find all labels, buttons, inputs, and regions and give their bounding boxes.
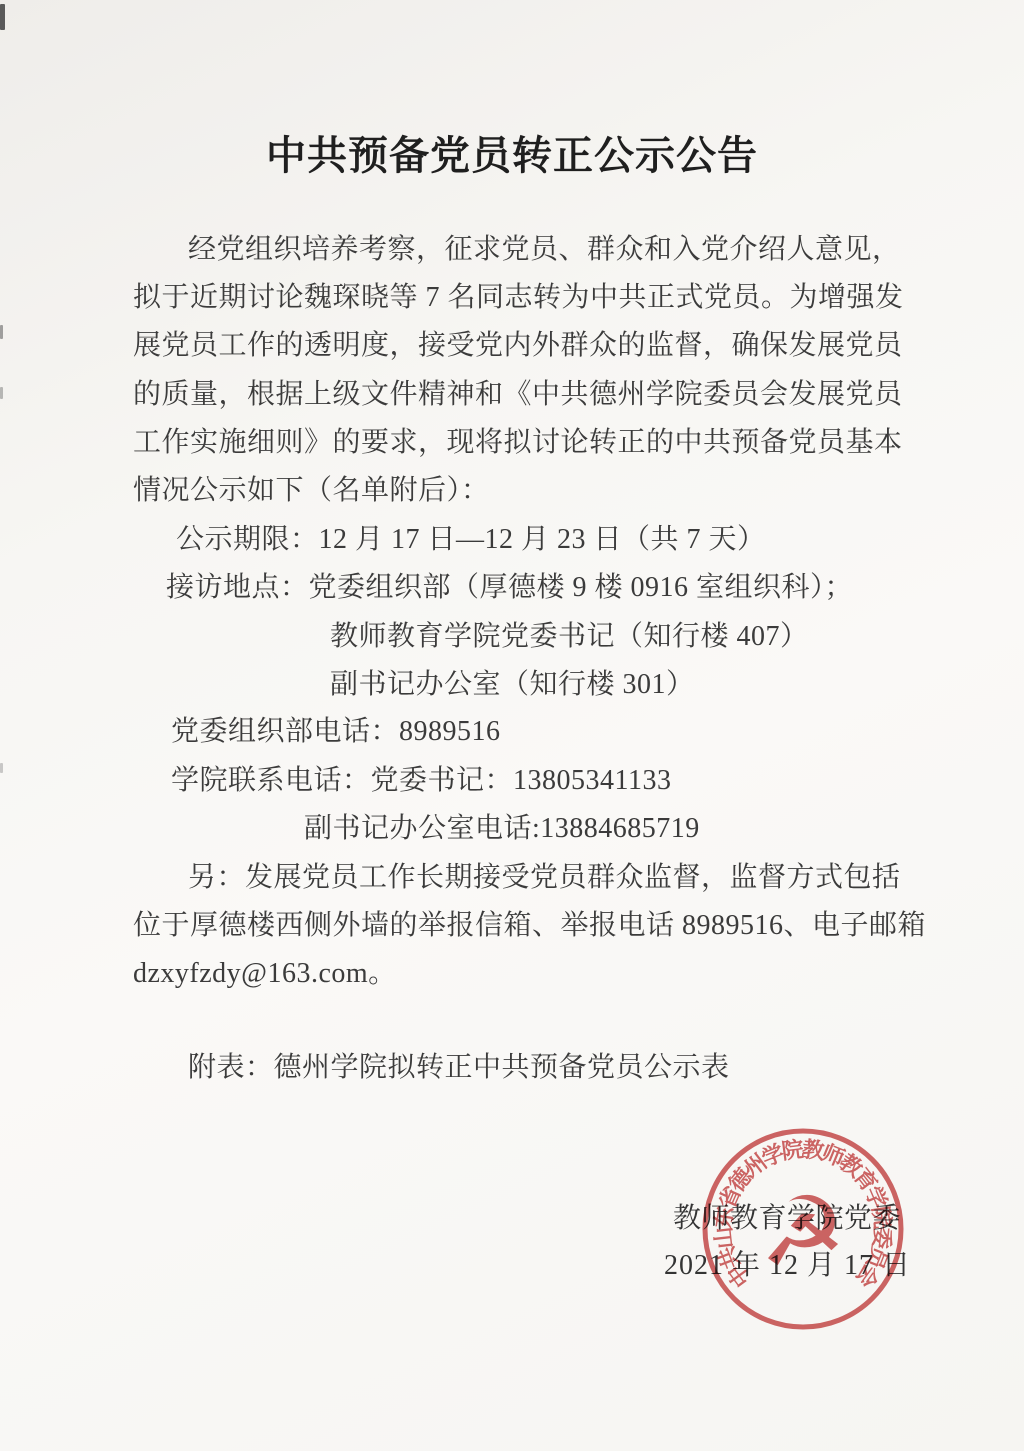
scan-artifact <box>0 4 5 30</box>
para1-line-5: 工作实施细则》的要求，现将拟讨论转正的中共预备党员基本 <box>133 425 903 461</box>
svg-text:学: 学 <box>758 1140 788 1171</box>
para1-line-3: 展党员工作的透明度，接受党内外群众的监督，确保发展党员 <box>133 328 903 364</box>
svg-text:院: 院 <box>780 1136 805 1164</box>
svg-text:育: 育 <box>849 1164 882 1197</box>
signature-date: 2021 年 12 月 17 日 <box>664 1243 911 1283</box>
svg-text:德: 德 <box>724 1163 758 1197</box>
supervision-line-1: 另：发展党员工作长期接受党员群众监督，监督方式包括 <box>188 860 901 896</box>
reception-location-line-3: 副书记办公室（知行楼 301） <box>330 667 695 703</box>
para1-line-1: 经党组织培养考察，征求党员、群众和入党介绍人意见， <box>188 232 901 268</box>
page-title: 中共预备党员转正公示公告 <box>0 124 1024 181</box>
scan-artifact <box>0 763 3 773</box>
college-phone-line: 学院联系电话：党委书记：13805341133 <box>171 763 671 799</box>
supervision-line-2: 位于厚德楼西侧外墙的举报信箱、举报电话 8989516、电子邮箱 <box>133 908 926 944</box>
svg-text:教: 教 <box>835 1149 868 1183</box>
publicity-period-line: 公示期限：12 月 17 日—12 月 23 日（共 7 天） <box>176 522 766 558</box>
org-dept-phone-line: 党委组织部电话：8989516 <box>171 714 501 750</box>
svg-text:州: 州 <box>739 1149 772 1182</box>
scan-artifact <box>0 325 3 339</box>
scanned-document-page: 中共预备党员转正公示公告 经党组织培养考察，征求党员、群众和入党介绍人意见， 拟… <box>0 0 1024 1451</box>
svg-text:师: 师 <box>818 1140 848 1171</box>
signature-org: 教师教育学院党委 <box>673 1196 901 1236</box>
para1-line-4: 的质量，根据上级文件精神和《中共德州学院委员会发展党员 <box>133 377 903 413</box>
reception-location-line-2: 教师教育学院党委书记（知行楼 407） <box>330 619 809 655</box>
para1-line-6: 情况公示如下（名单附后）： <box>133 473 490 509</box>
reception-location-line: 接访地点：党委组织部（厚德楼 9 楼 0916 室组织科）； <box>166 570 853 606</box>
scan-artifact <box>0 387 3 399</box>
svg-text:教: 教 <box>801 1136 827 1164</box>
supervision-email-line: dzxyfzdy@163.com。 <box>133 956 397 992</box>
attachment-line: 附表：德州学院拟转正中共预备党员公示表 <box>188 1050 730 1086</box>
deputy-office-phone-line: 副书记办公室电话:13884685719 <box>304 811 700 847</box>
para1-line-2: 拟于近期讨论魏琛晓等 7 名同志转为中共正式党员。为增强发 <box>133 280 904 316</box>
